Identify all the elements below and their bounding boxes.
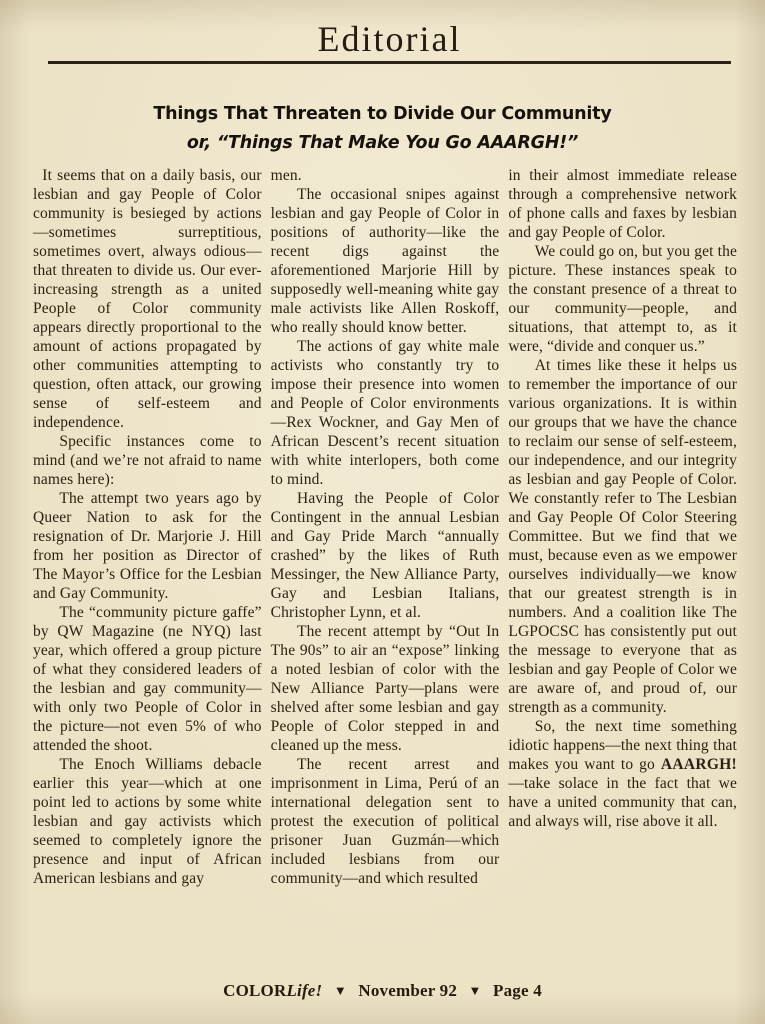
paragraph: Having the People of Color Contingent in… xyxy=(271,489,500,622)
closing-emphasis: AAARGH! xyxy=(661,756,737,773)
page-number: Page 4 xyxy=(493,981,542,1000)
paragraph: The “community picture gaffe” by QW Maga… xyxy=(33,603,262,755)
paragraph: We could go on, but you get the picture.… xyxy=(508,242,737,356)
paragraph: Specific instances come to mind (and we’… xyxy=(33,432,262,489)
paragraph: The actions of gay white male activists … xyxy=(271,337,500,489)
brand-name: COLORLife! xyxy=(223,981,322,1000)
article-subtitle: or, “Things That Make You Go AAARGH!” xyxy=(0,133,765,153)
paragraph: The occasional snipes against lesbian an… xyxy=(271,185,500,337)
issue-date: November 92 xyxy=(358,981,457,1000)
paragraph: in their almost immediate release throug… xyxy=(508,166,737,242)
triangle-icon: ▼ xyxy=(334,983,347,999)
article-titles: Things That Threaten to Divide Our Commu… xyxy=(0,104,765,153)
paragraph: At times like these it helps us to remem… xyxy=(508,356,737,717)
paragraph closing-paragraph: So, the next time something idiotic happ… xyxy=(508,717,737,831)
section-heading: Editorial xyxy=(48,20,731,61)
paragraph: The attempt two years ago by Queer Natio… xyxy=(33,489,262,603)
text-column-1: It seems that on a daily basis, our lesb… xyxy=(33,166,262,888)
paragraph: The recent attempt by “Out In The 90s” t… xyxy=(271,622,500,755)
page-footer: COLORLife! ▼ November 92 ▼ Page 4 xyxy=(0,981,765,1001)
brand-color-part: COLOR xyxy=(223,981,286,1000)
triangle-icon: ▼ xyxy=(468,983,481,999)
article-body: It seems that on a daily basis, our lesb… xyxy=(33,166,737,888)
paragraph: It seems that on a daily basis, our lesb… xyxy=(33,166,262,432)
brand-life-part: Life! xyxy=(286,981,322,1000)
paragraph: men. xyxy=(271,166,500,185)
text-column-2: men. The occasional snipes against lesbi… xyxy=(271,166,500,888)
paragraph: The recent arrest and imprisonment in Li… xyxy=(271,755,500,888)
paragraph: The Enoch Williams debacle earlier this … xyxy=(33,755,262,888)
text-column-3: in their almost immediate release throug… xyxy=(508,166,737,888)
editorial-page: Editorial Things That Threaten to Divide… xyxy=(0,0,765,1024)
masthead: Editorial xyxy=(48,0,731,64)
closing-post: —take solace in the fact that we have a … xyxy=(508,775,737,830)
article-title: Things That Threaten to Divide Our Commu… xyxy=(0,104,765,124)
